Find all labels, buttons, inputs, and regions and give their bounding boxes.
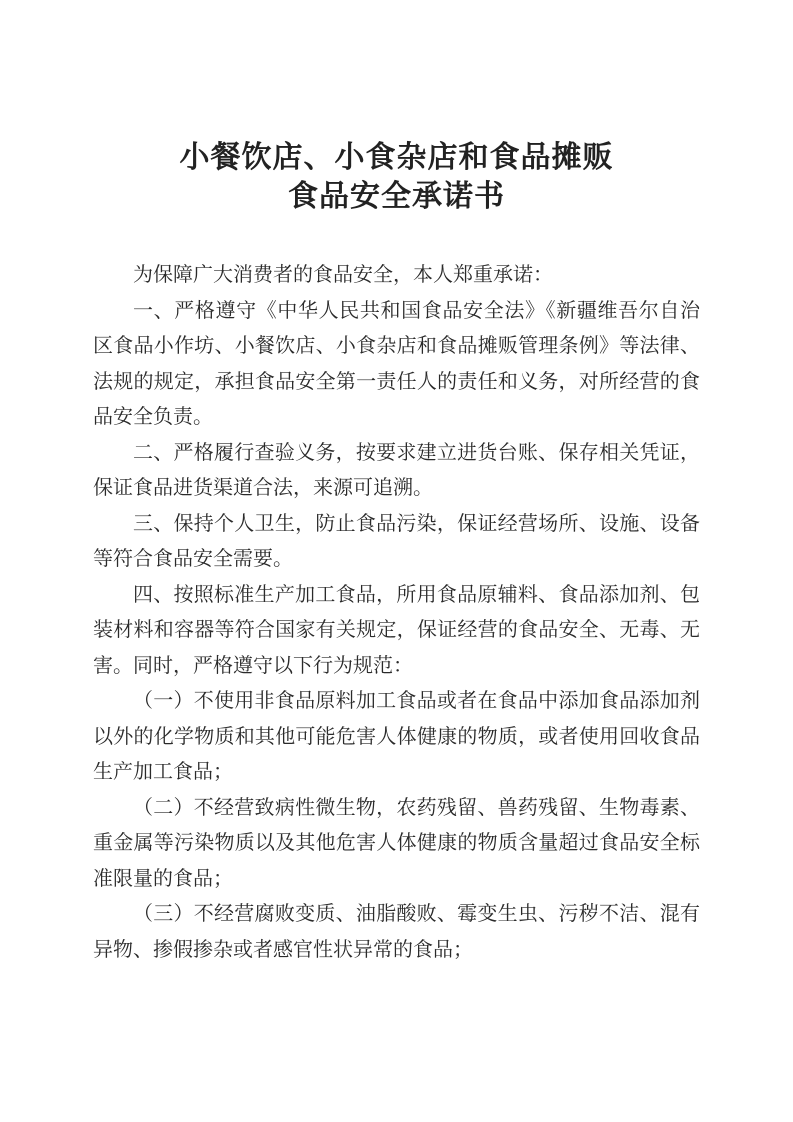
document-body: 为保障广大消费者的食品安全，本人郑重承诺： 一、严格遵守《中华人民共和国食品安全…: [93, 258, 700, 968]
title-line-1: 小餐饮店、小食杂店和食品摊贩: [93, 138, 700, 177]
paragraph-intro: 为保障广大消费者的食品安全，本人郑重承诺：: [93, 258, 700, 294]
paragraph-item-1: 一、严格遵守《中华人民共和国食品安全法》《新疆维吾尔自治区食品小作坊、小餐饮店、…: [93, 294, 700, 436]
paragraph-subitem-1: （一）不使用非食品原料加工食品或者在食品中添加食品添加剂以外的化学物质和其他可能…: [93, 684, 700, 791]
title-line-2: 食品安全承诺书: [93, 177, 700, 216]
document-page: 小餐饮店、小食杂店和食品摊贩 食品安全承诺书 为保障广大消费者的食品安全，本人郑…: [0, 0, 793, 1122]
paragraph-subitem-2: （二）不经营致病性微生物，农药残留、兽药残留、生物毒素、重金属等污染物质以及其他…: [93, 791, 700, 898]
document-title: 小餐饮店、小食杂店和食品摊贩 食品安全承诺书: [93, 138, 700, 216]
paragraph-item-4: 四、按照标准生产加工食品，所用食品原辅料、食品添加剂、包装材料和容器等符合国家有…: [93, 578, 700, 685]
paragraph-subitem-3: （三）不经营腐败变质、油脂酸败、霉变生虫、污秽不洁、混有异物、掺假掺杂或者感官性…: [93, 897, 700, 968]
paragraph-item-3: 三、保持个人卫生，防止食品污染，保证经营场所、设施、设备等符合食品安全需要。: [93, 507, 700, 578]
paragraph-item-2: 二、严格履行查验义务，按要求建立进货台账、保存相关凭证，保证食品进货渠道合法，来…: [93, 436, 700, 507]
